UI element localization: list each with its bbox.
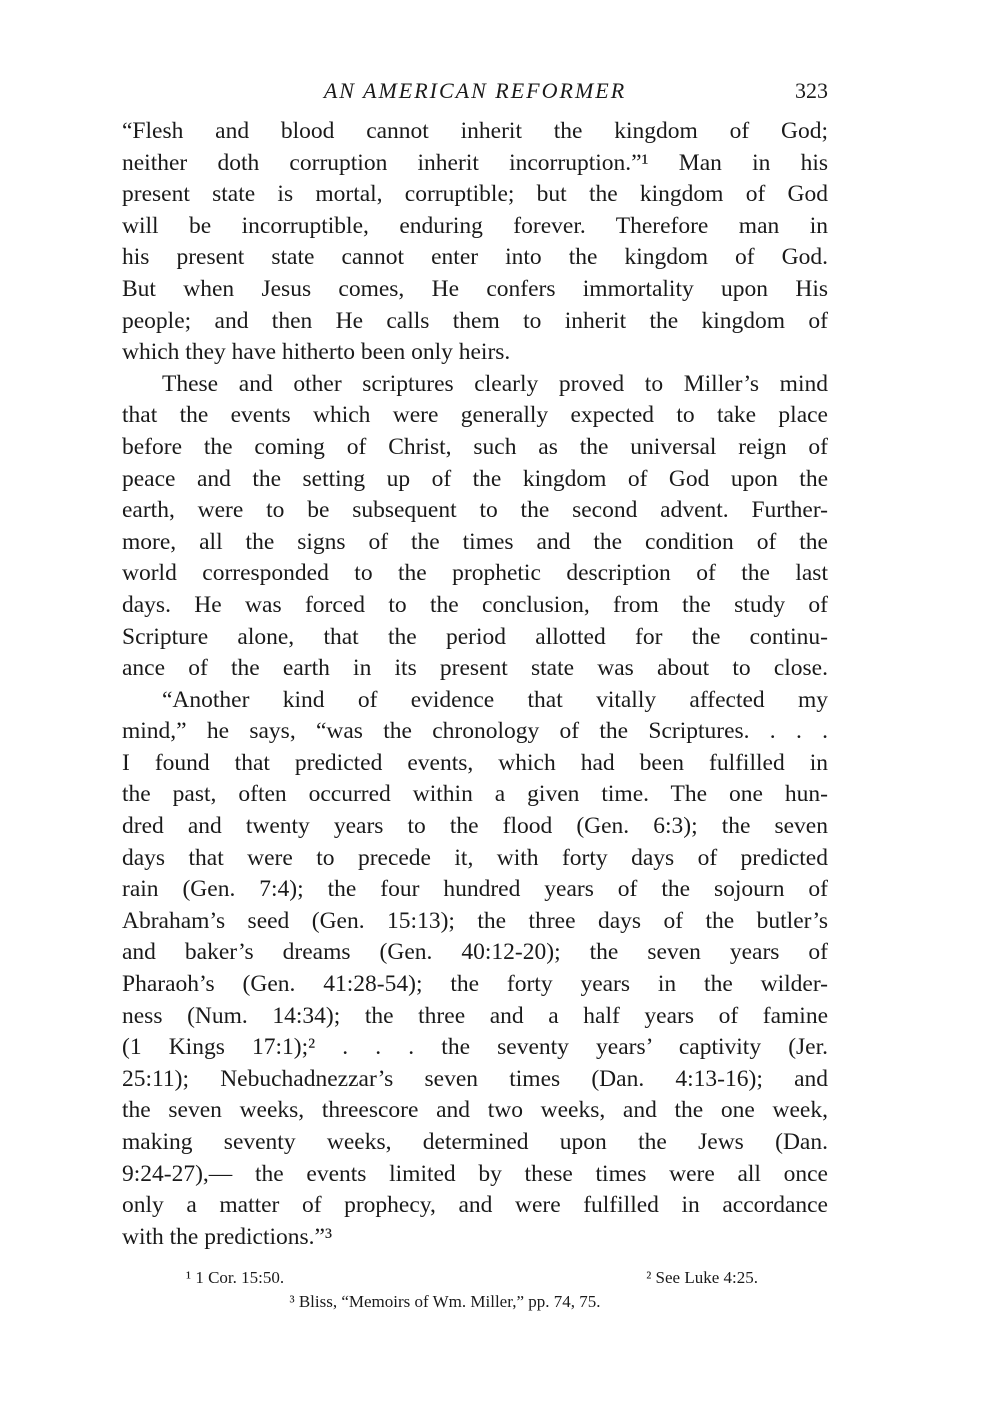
text-line: before the coming of Christ, such as the… <box>122 432 828 464</box>
text-line: making seventy weeks, determined upon th… <box>122 1127 828 1159</box>
text-line: dred and twenty years to the flood (Gen.… <box>122 811 828 843</box>
text-line: I found that predicted events, which had… <box>122 748 828 780</box>
text-line: days that were to precede it, with forty… <box>122 843 828 875</box>
text-line: only a matter of prophecy, and were fulf… <box>122 1190 828 1222</box>
text-line: more, all the signs of the times and the… <box>122 527 828 559</box>
text-line: which they have hitherto been only heirs… <box>122 337 828 369</box>
text-line: and baker’s dreams (Gen. 40:12-20); the … <box>122 937 828 969</box>
text-line: “Another kind of evidence that vitally a… <box>122 685 828 717</box>
text-line: world corresponded to the prophetic desc… <box>122 558 828 590</box>
footnote-2: ² See Luke 4:25. <box>646 1266 758 1290</box>
text-line: earth, were to be subsequent to the seco… <box>122 495 828 527</box>
text-line: the past, often occurred within a given … <box>122 779 828 811</box>
text-line: his present state cannot enter into the … <box>122 242 828 274</box>
running-title: AN AMERICAN REFORMER <box>122 78 828 104</box>
text-line: Pharaoh’s (Gen. 41:28-54); the forty yea… <box>122 969 828 1001</box>
text-line: people; and then He calls them to inheri… <box>122 306 828 338</box>
text-line: 25:11); Nebuchadnezzar’s seven times (Da… <box>122 1064 828 1096</box>
text-line: ance of the earth in its present state w… <box>122 653 828 685</box>
text-line: that the events which were generally exp… <box>122 400 828 432</box>
text-line: rain (Gen. 7:4); the four hundred years … <box>122 874 828 906</box>
text-line: mind,” he says, “was the chronology of t… <box>122 716 828 748</box>
text-line: with the predictions.”³ <box>122 1222 828 1254</box>
text-line: peace and the setting up of the kingdom … <box>122 464 828 496</box>
text-line: Scripture alone, that the period allotte… <box>122 622 828 654</box>
text-line: 9:24-27),— the events limited by these t… <box>122 1159 828 1191</box>
text-line: present state is mortal, corruptible; bu… <box>122 179 828 211</box>
text-line: days. He was forced to the conclusion, f… <box>122 590 828 622</box>
page-header: AN AMERICAN REFORMER 323 <box>122 78 828 108</box>
text-line: These and other scriptures clearly prove… <box>122 369 828 401</box>
footnote-1: ¹ 1 Cor. 15:50. <box>186 1266 284 1290</box>
body-text: “Flesh and blood cannot inherit the king… <box>122 116 828 1253</box>
text-line: Abraham’s seed (Gen. 15:13); the three d… <box>122 906 828 938</box>
text-line: (1 Kings 17:1);² . . . the seventy years… <box>122 1032 828 1064</box>
text-line: ness (Num. 14:34); the three and a half … <box>122 1001 828 1033</box>
footnote-3: ³ Bliss, “Memoirs of Wm. Miller,” pp. 74… <box>62 1290 828 1314</box>
text-line: neither doth corruption inherit incorrup… <box>122 148 828 180</box>
text-line: But when Jesus comes, He confers immorta… <box>122 274 828 306</box>
footnotes: ¹ 1 Cor. 15:50. ² See Luke 4:25. ³ Bliss… <box>122 1266 828 1314</box>
page-number: 323 <box>795 78 828 104</box>
text-line: “Flesh and blood cannot inherit the king… <box>122 116 828 148</box>
text-line: the seven weeks, threescore and two week… <box>122 1095 828 1127</box>
text-line: will be incorruptible, enduring forever.… <box>122 211 828 243</box>
